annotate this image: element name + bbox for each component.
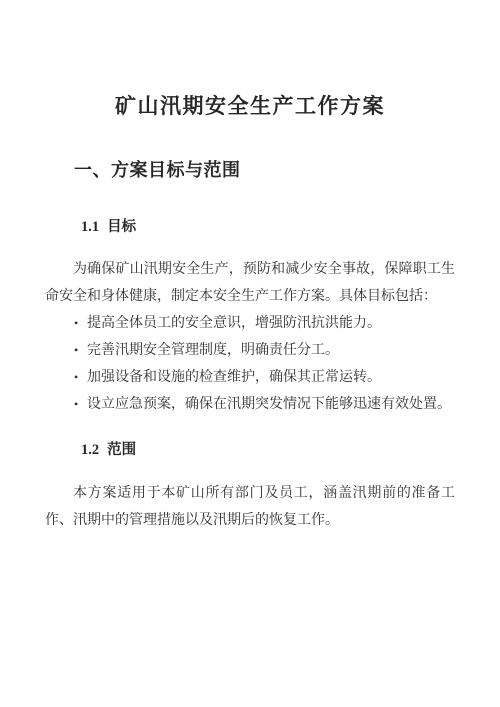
list-item: • 加强设备和设施的检查维护，确保其正常运转。 — [74, 364, 455, 391]
bullet-text: 完善汛期安全管理制度，明确责任分工。 — [87, 337, 455, 364]
subsection-label: 范围 — [107, 442, 136, 458]
subsection-number: 1.2 — [81, 442, 99, 458]
subsection-heading-1-1: 1.1目标 — [45, 218, 455, 236]
subsection-label: 目标 — [107, 219, 136, 235]
subsection-heading-1-2: 1.2范围 — [45, 441, 455, 459]
bullet-marker: • — [74, 310, 87, 337]
body-paragraph-goals: 为确保矿山汛期安全生产，预防和减少安全事故，保障职工生命安全和身体健康，制定本安… — [45, 256, 455, 310]
bullet-text: 提高全体员工的安全意识，增强防汛抗洪能力。 — [87, 310, 455, 337]
bullet-marker: • — [74, 337, 87, 364]
document-title: 矿山汛期安全生产工作方案 — [45, 94, 455, 120]
bullet-marker: • — [74, 391, 87, 418]
goal-bullet-list: • 提高全体员工的安全意识，增强防汛抗洪能力。 • 完善汛期安全管理制度，明确责… — [45, 310, 455, 418]
list-item: • 完善汛期安全管理制度，明确责任分工。 — [74, 337, 455, 364]
list-item: • 提高全体员工的安全意识，增强防汛抗洪能力。 — [74, 310, 455, 337]
bullet-marker: • — [74, 364, 87, 391]
body-paragraph-scope: 本方案适用于本矿山所有部门及员工，涵盖汛期前的准备工作、汛期中的管理措施以及汛期… — [45, 480, 455, 534]
subsection-number: 1.1 — [81, 219, 99, 235]
list-item: • 设立应急预案，确保在汛期突发情况下能够迅速有效处置。 — [74, 391, 455, 418]
bullet-text: 加强设备和设施的检查维护，确保其正常运转。 — [87, 364, 455, 391]
document-page: 矿山汛期安全生产工作方案 一、方案目标与范围 1.1目标 为确保矿山汛期安全生产… — [0, 0, 500, 707]
section-heading: 一、方案目标与范围 — [45, 160, 455, 180]
bullet-text: 设立应急预案，确保在汛期突发情况下能够迅速有效处置。 — [87, 391, 455, 418]
